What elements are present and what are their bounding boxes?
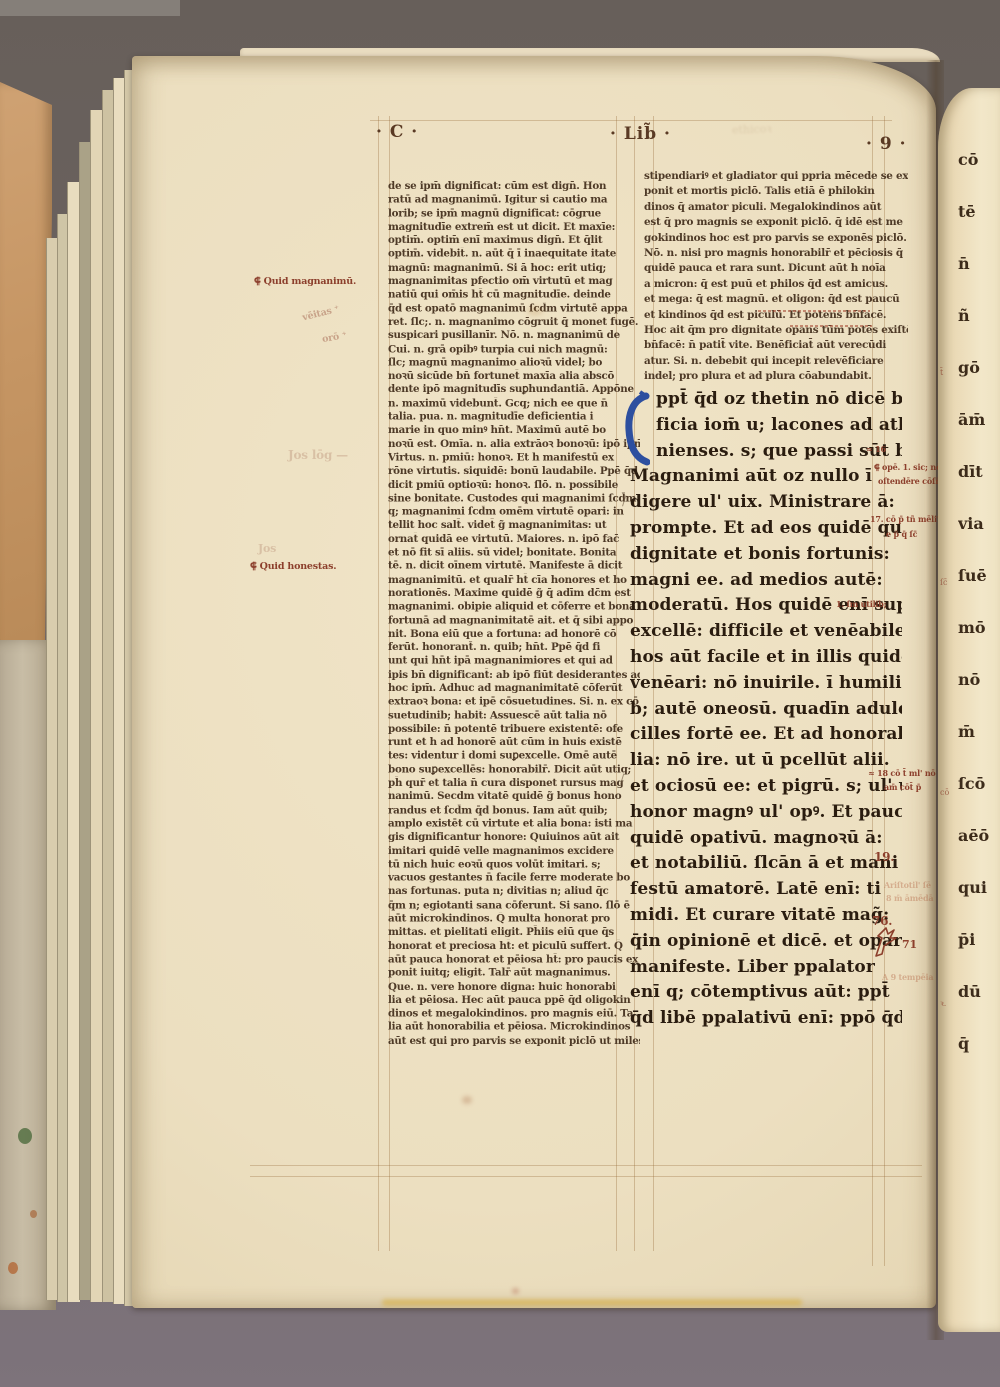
margin-note-quid-honestas: ⸿ Quid honestas. xyxy=(250,559,336,572)
text-line: et mega: q̄ est magnū. et oligon: q̄d es… xyxy=(644,292,908,307)
facing-page-sliver: cōtēn̄ñgōām̄dītviaſuēmōnōm̄ſcōaēōquip̄id… xyxy=(938,88,1000,1332)
text-line: Virtus. n. pmiū: honoꝛ. Et h manifestū e… xyxy=(388,451,640,465)
green-stain xyxy=(18,1128,32,1144)
margin-note: e p̄ q̄ ſc̄ xyxy=(886,529,917,539)
text-line: talia. pua. n. magnitudīe deficientia i xyxy=(388,411,640,425)
facing-text-fragment: ñ xyxy=(958,306,1000,325)
text-line: dicit pmiū optioꝛū: honoꝛ. ſlō. n. possi… xyxy=(388,478,640,492)
text-line: noꝛū sicūde bn̄ fortunet̄ maxīa alia abs… xyxy=(388,370,640,384)
text-line: lia: nō ire. ut ū pcellūt alii. xyxy=(630,748,902,774)
ruling-line xyxy=(378,116,379,1251)
margin-note: am̄ cōt̄ p̄ xyxy=(884,782,921,792)
yellow-edge-stain xyxy=(382,1299,802,1306)
facing-text-fragment: aēō xyxy=(958,826,1000,845)
text-line: rōne virtutis. siquidē: bonū laudabile. … xyxy=(388,465,640,479)
text-line: nanimū. Secd̄m vitatē quidē g̃ bonus hon… xyxy=(388,790,640,804)
text-line: enī q; cōtemptivus aūt: ppt̄ xyxy=(630,980,902,1006)
fold-mark: ſc̄ xyxy=(940,578,947,587)
facing-text-fragment: ſuē xyxy=(958,566,1000,585)
text-line: Que. n. vere honore digna: huic honorabi xyxy=(388,980,640,994)
text-line: dinos et megalokindinos. pro magnis eiū.… xyxy=(388,1007,640,1021)
text-line: dignitate et bonis fortunis: xyxy=(630,542,902,568)
manuscript-photo: · C · · Lib̃ · · 9 · ethicoꝛ de se ipm̄ … xyxy=(0,0,1000,1387)
facing-text-fragment: tē xyxy=(958,202,1000,221)
text-line: marie in quo minꝰ hn̄t. Maximū autē bo xyxy=(388,424,640,438)
margin-note-71: 71 xyxy=(902,938,917,951)
facing-text-fragment: mō xyxy=(958,618,1000,637)
text-line: natiū qui om̄is ht̄ cū magnitudīe. deind… xyxy=(388,289,640,303)
text-line: magnanimitū. et qualr̄ ht̄ cīa honores e… xyxy=(388,573,640,587)
text-line: quidē pauca et rara sunt. Dicunt aūt h n… xyxy=(644,261,908,276)
text-line: ſlc; magnū magnanimo alioꝛū videl; bo xyxy=(388,356,640,370)
margin-note-faint: vēitas ⁺ xyxy=(301,304,340,324)
text-line: q̄d libē ppalativū enī: ppō q̄d xyxy=(630,1006,902,1032)
fold-mark: cō xyxy=(940,788,949,797)
text-line: dinos q̄ amator piculi. Megalokindinos a… xyxy=(644,200,908,215)
text-line: ficia iom̄ u; lacones ad athe xyxy=(630,413,902,439)
text-line: n. maximū videbunt̄. Gcq; nich ee que n̄ xyxy=(388,397,640,411)
text-line: magni ee. ad medios autē: xyxy=(630,568,902,594)
text-line: manifeste. Liber ppalator xyxy=(630,955,902,981)
text-line: stipendiariꝰ et gladiator qui ppria mēce… xyxy=(644,169,908,184)
text-line: q̄in opinionē et dicē. et opari xyxy=(630,929,902,955)
left-text-column: de se ipm̄ dignificat: cūm est dign̄. Ho… xyxy=(388,180,640,1048)
text-line: de se ipm̄ dignificat: cūm est dign̄. Ho… xyxy=(388,180,640,194)
margin-note-19: 19. xyxy=(874,850,894,864)
text-line: ponit iuitq; eligit. Talr̄ aūt magnanimu… xyxy=(388,967,640,981)
text-line: digere ul' uix. Ministrare ā: xyxy=(630,490,902,516)
text-line: et notabiliū. ſlcān ā et mani xyxy=(630,851,902,877)
text-line: tes: videntur i domi suꝑexcelle. Omē aut… xyxy=(388,750,640,764)
orange-stain xyxy=(8,1262,18,1274)
margin-note-pencil: Jos xyxy=(258,542,276,555)
text-line: q̄d est opatō magnanimū ſcd̄m virtutē ap… xyxy=(388,302,640,316)
text-line: honor magnꝰ ul' opꝰ. Et paucoꝛ xyxy=(630,800,902,826)
text-line: ppt̄ q̄d oz thetin nō dicē bene xyxy=(630,387,902,413)
text-line: excellē: difficile et venēabile xyxy=(630,619,902,645)
text-line: tū nich huic eoꝛū quos volūt imitari. s; xyxy=(388,858,640,872)
text-line: aūt est qui pro parvis se exponit piclō … xyxy=(388,1034,640,1048)
interlinear-gloss: 1. ſm utilib; xyxy=(836,599,886,609)
text-line: dente ipō magnitudīs suꝑhundantiā. Appōn… xyxy=(388,383,640,397)
text-line: norationēs. Maxime quidē g̃ q̄ adīm dc̄m… xyxy=(388,587,640,601)
text-line: ferūt. honorant̄. n. quib; hn̄t. Ppē q̄d… xyxy=(388,641,640,655)
text-line: et nō fit sī aliis. sū videl; bonitate. … xyxy=(388,546,640,560)
text-line: aūt pauca honorat et pēiosa ht̄: pro pau… xyxy=(388,953,640,967)
text-line: suspicari pusillanīr. Nō. n. magnanimū d… xyxy=(388,329,640,343)
margin-note-pencil: Jos lōg — xyxy=(288,448,348,462)
facing-text-fragment: nō xyxy=(958,670,1000,689)
text-line: gokindinos hoc est pro parvis se exponēs… xyxy=(644,231,908,246)
margin-note-16: ≈ 16 xyxy=(866,444,886,454)
text-line: fortunā ad magnanimitatē ait. et q̄ sibi… xyxy=(388,614,640,628)
text-line: q; magnanimi ſcd̄m omēm virtutē opari: i… xyxy=(388,506,640,520)
text-line: ph̄ qur̄ et talia n̄ cura disponet rursu… xyxy=(388,777,640,791)
text-line: bono suꝑexcellēs: honorabilr̄. Dicit aūt… xyxy=(388,763,640,777)
facing-text-fragment: dīt xyxy=(958,462,1000,481)
facing-text-fragment: qui xyxy=(958,878,1000,897)
ruling-line xyxy=(370,120,892,121)
text-line: venēari: nō inuirile. ī humili xyxy=(630,671,902,697)
text-line: gis dignificantur honore: Quiuinos aūt a… xyxy=(388,831,640,845)
text-line: extraoꝛ bona: et ipē cōsuetudines. Si. n… xyxy=(388,695,640,709)
text-line: optim̄. optim̄ enī maximus dign̄. Et q̄l… xyxy=(388,234,640,248)
text-line: ratū ad magnanimū. Igitur si cautio ma xyxy=(388,194,640,208)
facing-text-fragment: m̄ xyxy=(958,722,1000,741)
margin-note-faint: orō ⁺ xyxy=(321,330,348,345)
text-line: prompte. Et ad eos quidē qui ī xyxy=(630,516,902,542)
right-gloss-column: stipendiariꝰ et gladiator qui ppria mēce… xyxy=(644,169,908,385)
ruling-line xyxy=(250,1176,922,1177)
text-line: nit. Bona eiū que a fortuna: ad honorē c… xyxy=(388,628,640,642)
manicule-icon xyxy=(870,924,900,958)
text-line: aūt microkindinos. Q̄ multa honorat pro xyxy=(388,912,640,926)
orange-stain xyxy=(30,1210,37,1218)
caret-mark: / xyxy=(620,772,624,787)
text-line: ornat̄ quidā ee virtutū. Maiores. n. ipō… xyxy=(388,533,640,547)
text-line: Cui. n. grā opibꝰ turpia cui nich magnū: xyxy=(388,343,640,357)
facing-text-fragment: cō xyxy=(958,150,1000,169)
text-line: q̄m n; egiotanti sana cōferunt. Si sano.… xyxy=(388,899,640,913)
text-line: magnitudīe extrem̄ est ut dicit. Et maxī… xyxy=(388,221,640,235)
caret-mark: / xyxy=(622,494,626,509)
text-line: nienses. s; que passi sūt bn̄. xyxy=(630,439,902,465)
text-line: mittas. et pielitati eligit. Ph̄iis eiū … xyxy=(388,926,640,940)
facing-text-fragment: n̄ xyxy=(958,254,1000,273)
text-line: Magnanimi aūt oz nullo ī xyxy=(630,464,902,490)
text-line: magnanimitas pfectio om̄ virtutū et mag xyxy=(388,275,640,289)
stain xyxy=(462,1096,472,1104)
text-line: noꝛū est. Omīa. n. alia extrāoꝛ bonoꝛū: … xyxy=(388,438,640,452)
text-line: vacuos gestantes n̄ facile ferre moderat… xyxy=(388,872,640,886)
text-line: honorat et preciosa ht̄: et piculū suffe… xyxy=(388,940,640,954)
text-line: unt qui hn̄t ipā magnanimiores et qui ad xyxy=(388,655,640,669)
text-line: lorib; se ipm̄ magnū dignificat: cōgrue xyxy=(388,207,640,221)
text-line: hos aūt facile et in illis quidē xyxy=(630,645,902,671)
margin-note-aristotle: Ariſtotil' ſē xyxy=(884,880,931,890)
text-line: ret. ſlc;. n. magnanimo cōgruit q̄ monet… xyxy=(388,316,640,330)
text-line: est q̄ pro magnis se exponit piclō. q̄ i… xyxy=(644,215,908,230)
facing-text-fragment: gō xyxy=(958,358,1000,377)
text-line: atur. Si. n. debebit qui incepit relevēf… xyxy=(644,354,908,369)
facing-text-fragment: via xyxy=(958,514,1000,533)
text-line: Nō. n. nisi pro magnis honorabilr̄ et pē… xyxy=(644,246,908,261)
text-line: ponit et mortis piclō. Talis etiā ē phil… xyxy=(644,184,908,199)
text-line: lia et pēiosa. Hec aūt pauca ppē q̄d oli… xyxy=(388,994,640,1008)
folio-number: · 9 · xyxy=(866,134,907,154)
text-line: a micron: q̄ est puū et philos q̄d est a… xyxy=(644,277,908,292)
text-line: ipis bn̄ dignificant̄: ab ipō fiūt desid… xyxy=(388,668,640,682)
text-line: tē. n. dicit oīnem virtutē. Manifeste ā … xyxy=(388,560,640,574)
ruling-line xyxy=(250,1165,922,1166)
text-line: tellit hoc salt̄. videt̄ g̃ magnanimitas… xyxy=(388,519,640,533)
facing-text-fragment: q̄ xyxy=(958,1034,1000,1053)
text-line: quidē opativū. magnoꝛū ā: xyxy=(630,826,902,852)
stain xyxy=(527,306,543,316)
text-line: et ociosū ee: et pigrū. s; ul' ubi xyxy=(630,774,902,800)
red-underline xyxy=(790,325,872,327)
text-line: lia aūt honorabilia et pēiosa. Microkind… xyxy=(388,1021,640,1035)
text-line: hoc ipm̄. Adhuc ad magnanimitatē cōferūt xyxy=(388,682,640,696)
text-line: possibile: n̄ potentē tribuere existentē… xyxy=(388,723,640,737)
right-main-text-column: ppt̄ q̄d oz thetin nō dicē beneficia iom… xyxy=(630,387,902,1032)
fold-mark: t̄ xyxy=(940,368,943,377)
text-line: magnanimi. obipie aliquid et cōferre et … xyxy=(388,600,640,614)
leather-cover-corner xyxy=(0,82,52,657)
facing-text-fragment: ſcō xyxy=(958,774,1000,793)
text-line: amplo existēt cū virtute et alia bona: i… xyxy=(388,817,640,831)
header-letter: · C · xyxy=(376,122,418,142)
text-line: sine bonitate. Custodes qui magnanimi ſc… xyxy=(388,492,640,506)
text-line: cilles fortē ee. Et ad honorabi xyxy=(630,722,902,748)
facing-text-fragment: ām̄ xyxy=(958,410,1000,429)
text-line: indel; pro plura et ad plura cōabundabit… xyxy=(644,369,908,384)
manuscript-page: · C · · Lib̃ · · 9 · ethicoꝛ de se ipm̄ … xyxy=(132,56,936,1308)
red-underline xyxy=(758,310,870,312)
text-line: optim̄. videbit̄. n. aūt q̄ ī inaequitat… xyxy=(388,248,640,262)
header-title: · Lib̃ · xyxy=(610,124,671,144)
margin-note-quid-magnanimum: ⸿ Quid magnanimū. xyxy=(254,274,356,287)
text-line: runt et h ad honorē aūt cūm in huis exis… xyxy=(388,736,640,750)
text-line: randus et ſcd̄m q̄d bonus. Iam aūt quib; xyxy=(388,804,640,818)
text-line: magnū: magnanimū. Si ā hoc: erit utiq; xyxy=(388,261,640,275)
text-line: midi. Et curare vitatē mag̃: xyxy=(630,903,902,929)
text-line: b; autē oneosū. quadīn adules xyxy=(630,697,902,723)
text-line: bn̄facē: n̄ patit̄ vite. Benēficiat̄ aūt… xyxy=(644,338,908,353)
stain xyxy=(512,1288,519,1294)
text-line: festū amatorē. Latē enī: ti xyxy=(630,877,902,903)
fold-mark: ꝛ. xyxy=(940,998,946,1009)
facing-text-fragment: dū xyxy=(958,982,1000,1001)
facing-text-fragment: p̄i xyxy=(958,930,1000,949)
showthrough-text: ethicoꝛ xyxy=(732,121,772,137)
text-line: imitari quidē velle magnanimos excidere xyxy=(388,845,640,859)
text-line: suetudinib; habit̄: Assuescē aūt talia n… xyxy=(388,709,640,723)
background-strip xyxy=(0,0,180,16)
text-line: nas fortunas. puta n; divitias n; aliud … xyxy=(388,885,640,899)
